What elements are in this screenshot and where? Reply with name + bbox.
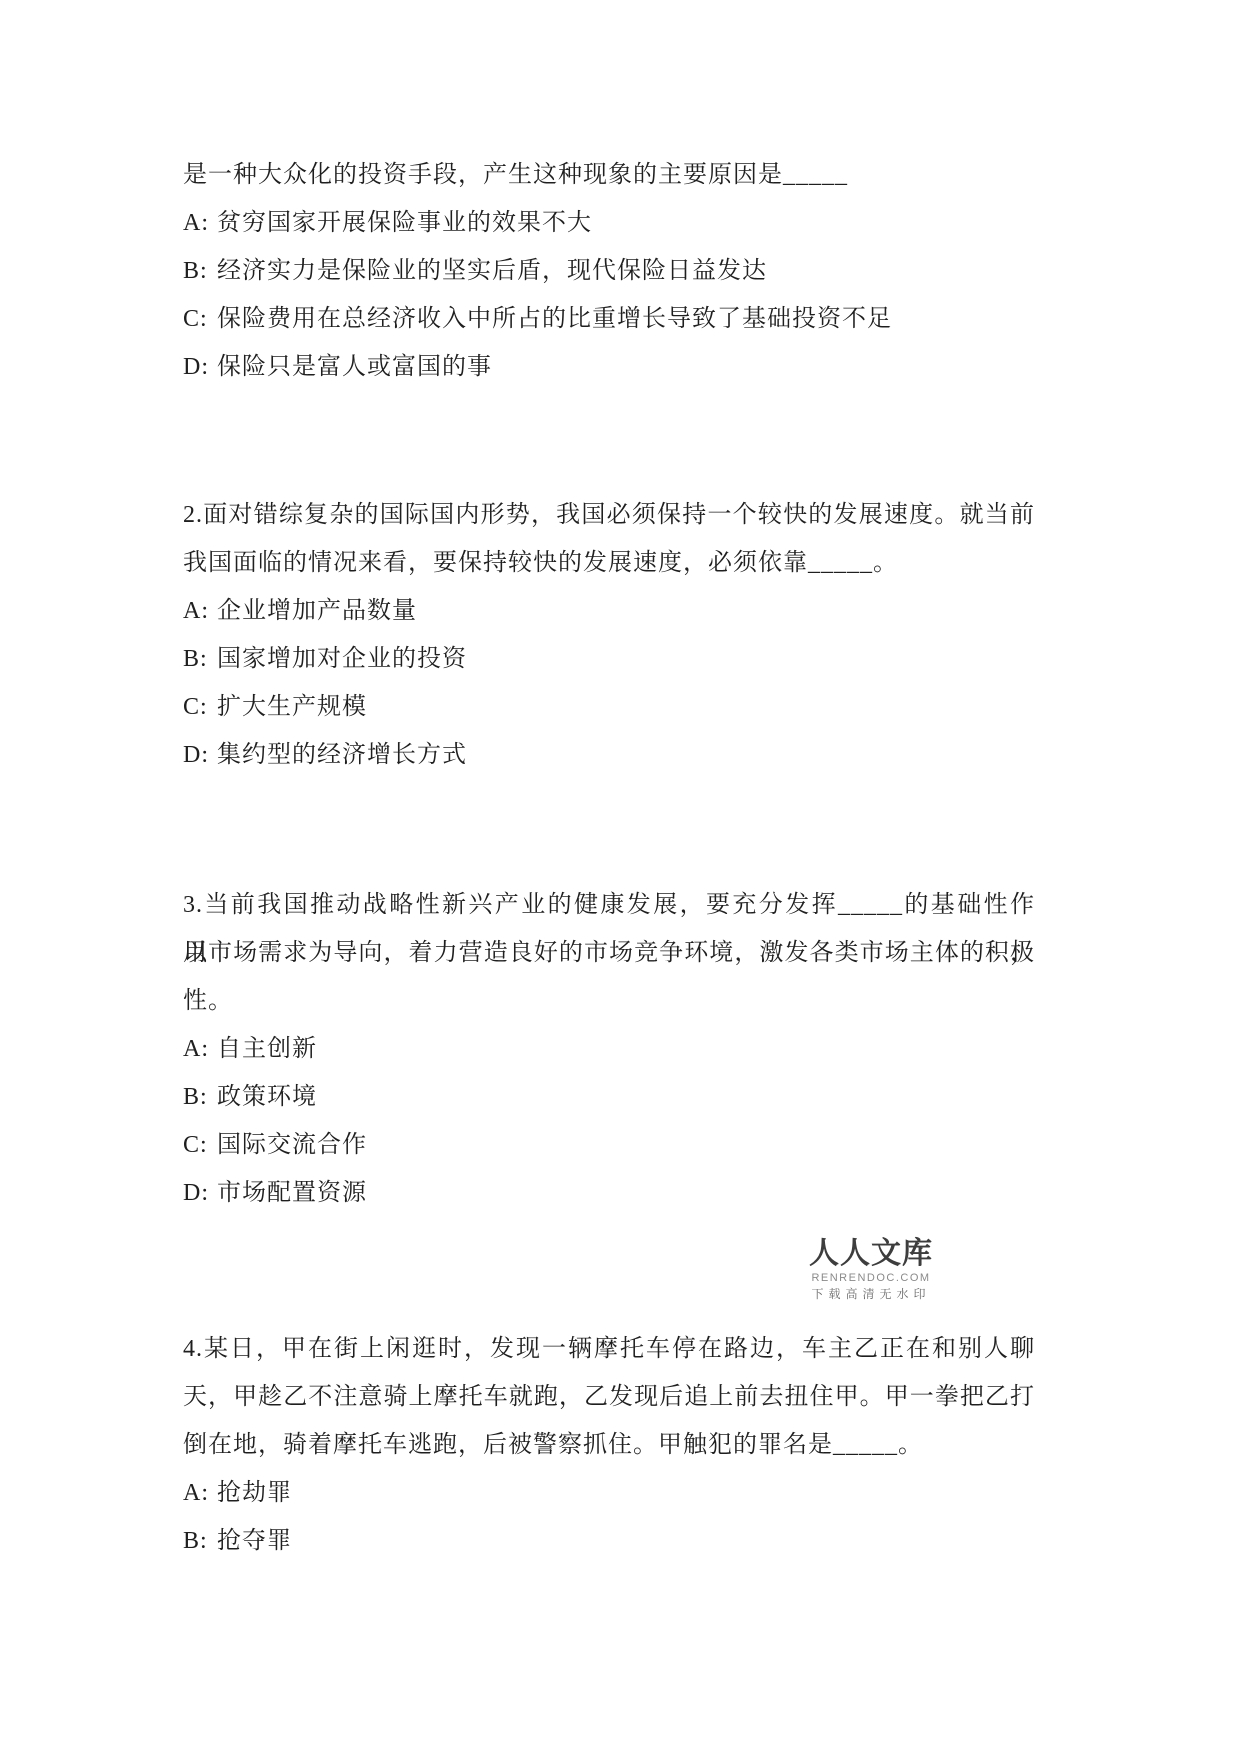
watermark-tagline-text: 下载高清无水印 <box>798 1287 944 1301</box>
option-text: 集约型的经济增长方式 <box>217 742 467 768</box>
option-label: B: <box>183 1517 217 1565</box>
option-text: 经济实力是保险业的坚实后盾，现代保险日益发达 <box>217 258 767 284</box>
question-2-option-d: D:集约型的经济增长方式 <box>183 731 1035 779</box>
option-label: A: <box>183 199 217 247</box>
option-text: 保险费用在总经济收入中所占的比重增长导致了基础投资不足 <box>217 306 892 332</box>
option-text: 抢夺罪 <box>217 1528 292 1554</box>
option-text: 抢劫罪 <box>217 1480 292 1506</box>
question-1-option-b: B:经济实力是保险业的坚实后盾，现代保险日益发达 <box>183 247 1035 295</box>
question-2-text-line-1: 2.面对错综复杂的国际国内形势，我国必须保持一个较快的发展速度。就当前 <box>183 491 1035 539</box>
option-text: 贫穷国家开展保险事业的效果不大 <box>217 210 592 236</box>
option-text: 扩大生产规模 <box>217 694 367 720</box>
option-label: D: <box>183 1169 217 1217</box>
question-block-2: 2.面对错综复杂的国际国内形势，我国必须保持一个较快的发展速度。就当前 我国面临… <box>183 491 1035 779</box>
option-label: A: <box>183 1469 217 1517</box>
question-3-option-a: A:自主创新 <box>183 1025 1035 1073</box>
question-1-text-line-1: 是一种大众化的投资手段，产生这种现象的主要原因是_____ <box>183 151 1035 199</box>
question-3-option-c: C:国际交流合作 <box>183 1121 1035 1169</box>
option-label: C: <box>183 683 217 731</box>
question-1-option-d: D:保险只是富人或富国的事 <box>183 343 1035 391</box>
option-label: D: <box>183 731 217 779</box>
option-text: 政策环境 <box>217 1084 317 1110</box>
question-4-text-line-3: 倒在地，骑着摩托车逃跑，后被警察抓住。甲触犯的罪名是_____。 <box>183 1421 1035 1469</box>
option-label: B: <box>183 635 217 683</box>
option-label: D: <box>183 343 217 391</box>
question-3-text-line-1: 3.当前我国推动战略性新兴产业的健康发展，要充分发挥_____的基础性作用， <box>183 881 1035 929</box>
question-3-option-b: B:政策环境 <box>183 1073 1035 1121</box>
option-text: 市场配置资源 <box>217 1180 367 1206</box>
watermark-domain-text: RENRENDOC.COM <box>798 1272 944 1285</box>
option-label: A: <box>183 1025 217 1073</box>
option-text: 国际交流合作 <box>217 1132 367 1158</box>
option-text: 保险只是富人或富国的事 <box>217 354 492 380</box>
question-4-option-a: A:抢劫罪 <box>183 1469 1035 1517</box>
watermark-logo-text: 人人文库 <box>798 1238 944 1270</box>
option-label: A: <box>183 587 217 635</box>
option-label: B: <box>183 1073 217 1121</box>
option-text: 自主创新 <box>217 1036 317 1062</box>
question-2-option-a: A:企业增加产品数量 <box>183 587 1035 635</box>
document-page: 是一种大众化的投资手段，产生这种现象的主要原因是_____ A:贫穷国家开展保险… <box>0 0 1240 1753</box>
option-text: 国家增加对企业的投资 <box>217 646 467 672</box>
question-4-text-line-1: 4.某日，甲在街上闲逛时，发现一辆摩托车停在路边，车主乙正在和别人聊 <box>183 1325 1035 1373</box>
question-2-option-c: C:扩大生产规模 <box>183 683 1035 731</box>
option-label: B: <box>183 247 217 295</box>
question-4-option-b: B:抢夺罪 <box>183 1517 1035 1565</box>
question-1-option-a: A:贫穷国家开展保险事业的效果不大 <box>183 199 1035 247</box>
option-label: C: <box>183 295 217 343</box>
question-block-3: 3.当前我国推动战略性新兴产业的健康发展，要充分发挥_____的基础性作用， 以… <box>183 881 1035 1217</box>
question-block-1: 是一种大众化的投资手段，产生这种现象的主要原因是_____ A:贫穷国家开展保险… <box>183 151 1035 391</box>
question-block-4: 4.某日，甲在街上闲逛时，发现一辆摩托车停在路边，车主乙正在和别人聊 天，甲趁乙… <box>183 1325 1035 1565</box>
watermark: 人人文库 RENRENDOC.COM 下载高清无水印 <box>798 1238 944 1301</box>
option-label: C: <box>183 1121 217 1169</box>
question-1-option-c: C:保险费用在总经济收入中所占的比重增长导致了基础投资不足 <box>183 295 1035 343</box>
question-4-text-line-2: 天，甲趁乙不注意骑上摩托车就跑，乙发现后追上前去扭住甲。甲一拳把乙打 <box>183 1373 1035 1421</box>
question-3-text-line-2: 以市场需求为导向，着力营造良好的市场竞争环境，激发各类市场主体的积极 <box>183 929 1035 977</box>
question-2-text-line-2: 我国面临的情况来看，要保持较快的发展速度，必须依靠_____。 <box>183 539 1035 587</box>
option-text: 企业增加产品数量 <box>217 598 417 624</box>
question-3-option-d: D:市场配置资源 <box>183 1169 1035 1217</box>
question-3-text-line-3: 性。 <box>183 977 1035 1025</box>
question-2-option-b: B:国家增加对企业的投资 <box>183 635 1035 683</box>
